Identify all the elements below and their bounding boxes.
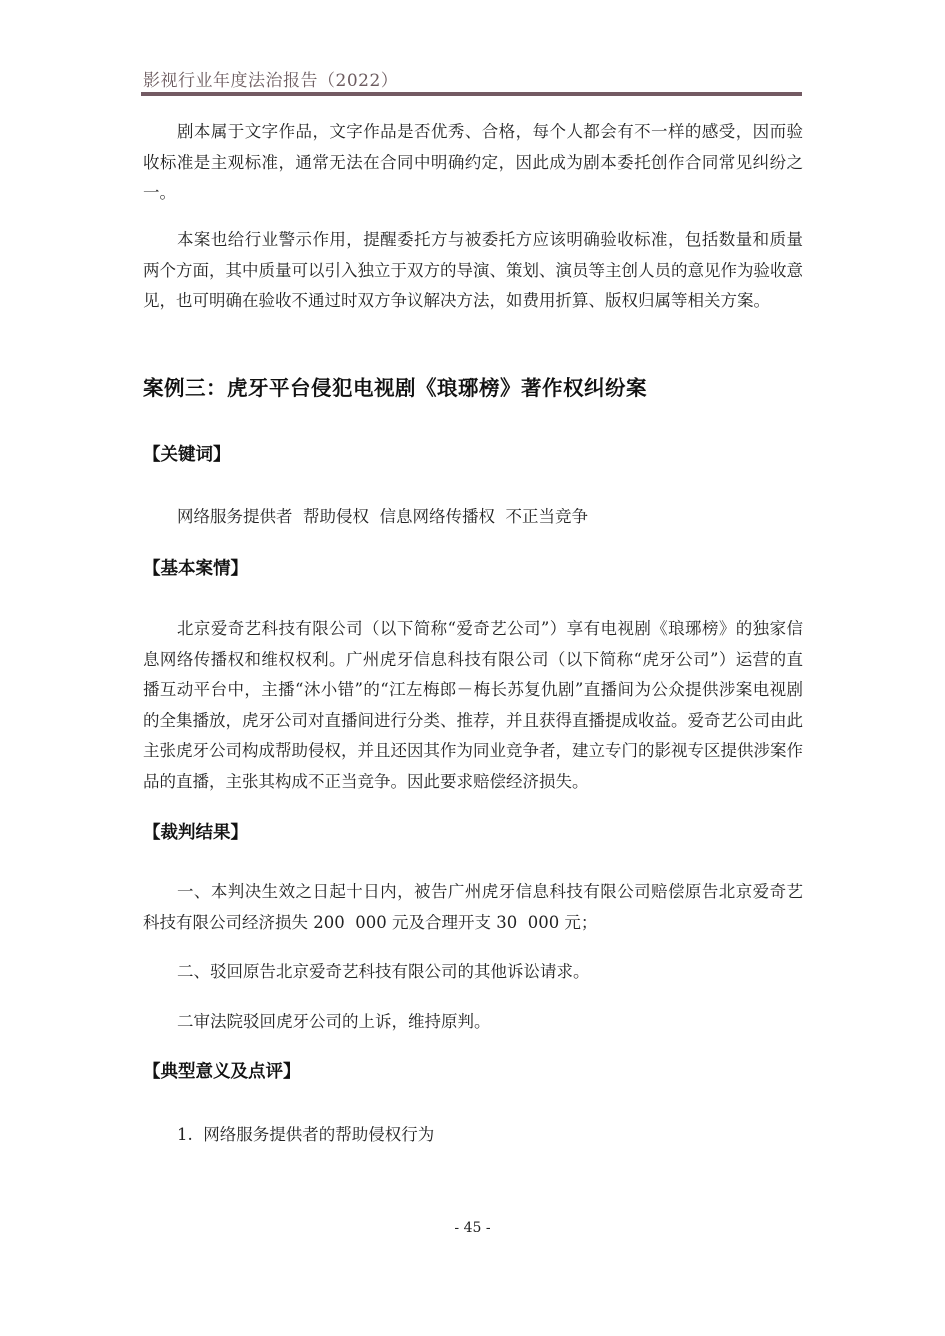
keywords-heading: 【关键词】: [143, 441, 231, 466]
judgment-heading: 【裁判结果】: [143, 819, 248, 844]
facts-heading: 【基本案情】: [143, 555, 248, 580]
judgment-appeal: 二审法院驳回虎牙公司的上诉，维持原判。: [177, 1008, 491, 1032]
case-title: 案例三：虎牙平台侵犯电视剧《琅琊榜》著作权纠纷案: [143, 371, 647, 401]
paragraph-industry-warning: 本案也给行业警示作用，提醒委托方与被委托方应该明确验收标准，包括数量和质量两个方…: [143, 225, 803, 317]
page-number: - 45 -: [0, 1220, 945, 1236]
significance-item-1: 1. 网络服务提供者的帮助侵权行为: [177, 1121, 434, 1145]
paragraph-script-acceptance: 剧本属于文字作品，文字作品是否优秀、合格，每个人都会有不一样的感受，因而验收标准…: [143, 117, 803, 209]
header-divider: [141, 92, 802, 96]
keywords-text: 网络服务提供者 帮助侵权 信息网络传播权 不正当竞争: [177, 503, 588, 527]
judgment-item-2: 二、驳回原告北京爱奇艺科技有限公司的其他诉讼请求。: [177, 958, 590, 982]
significance-heading: 【典型意义及点评】: [143, 1058, 301, 1083]
judgment-item-1: 一、本判决生效之日起十日内，被告广州虎牙信息科技有限公司赔偿原告北京爱奇艺科技有…: [143, 877, 803, 938]
facts-paragraph: 北京爱奇艺科技有限公司（以下简称“爱奇艺公司”）享有电视剧《琅琊榜》的独家信息网…: [143, 614, 803, 797]
running-header-title: 影视行业年度法治报告（2022）: [143, 66, 398, 91]
